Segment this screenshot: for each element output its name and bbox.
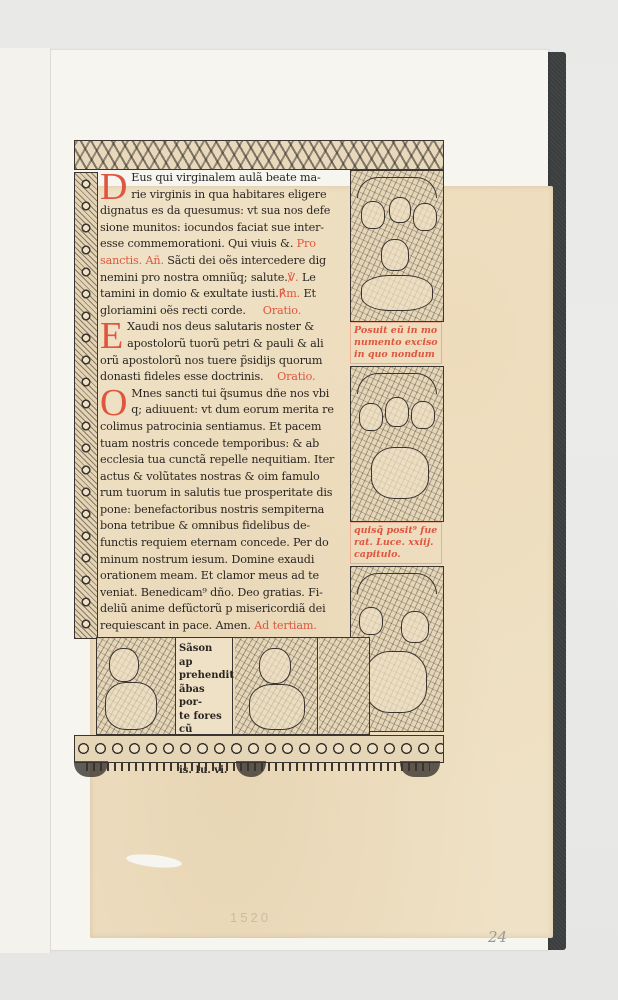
text-line: Eus qui virginalem aulã beate ma-	[131, 170, 350, 187]
woodcut-mourners	[350, 366, 444, 522]
rubric: ℣.	[288, 271, 299, 284]
pencil-date-note: 1520	[230, 910, 271, 925]
text-line: rum tuorum in salutis tue prosperitate d…	[100, 485, 350, 502]
prayer-1: D Eus qui virginalem aulã beate ma- rie …	[100, 170, 350, 319]
rubric: Ad tertiam.	[254, 619, 317, 632]
text-line: apostolorũ tuorũ petri & pauli & ali	[127, 336, 350, 353]
woodcut-sepulchre	[350, 170, 444, 322]
facing-leaf-edge	[0, 48, 51, 953]
text-line: Xaudi nos deus salutaris noster &	[127, 319, 350, 336]
bottom-ornamental-border	[74, 735, 442, 779]
text-line: ecclesia tua cunctã repelle nequitiam. I…	[100, 452, 350, 469]
rubric: ℟m.	[279, 287, 300, 300]
text-line: rie virginis in qua habitares eligere	[131, 187, 350, 204]
right-woodcut-column: Posuit eũ in mo numento exciso in quo no…	[350, 170, 444, 635]
text-line: orũ apostolorũ nos tuere p̃sidijs quorum	[100, 353, 350, 370]
pencil-page-number: 24	[488, 928, 507, 946]
bottom-woodcut-caption: Sãson ap prehendit ãbas por- te fores cũ…	[175, 638, 233, 734]
text-line: sanctis. Añ. Sãcti dei oẽs intercedere d…	[100, 253, 350, 270]
text-line: actus & volũtates nostras & oim famulo	[100, 469, 350, 486]
bottom-woodcut-row: Sãson ap prehendit ãbas por- te fores cũ…	[96, 637, 370, 735]
paper-loss	[126, 852, 183, 870]
left-ornamental-border	[74, 172, 98, 639]
text-line: tamini in domio & exultate iusti.℟m. Et	[100, 286, 350, 303]
text-block: D Eus qui virginalem aulã beate ma- rie …	[100, 170, 350, 635]
woodcut-caption-1: Posuit eũ in mo numento exciso in quo no…	[350, 322, 442, 364]
text-line: nemini pro nostra omniũq; salute.℣. Le	[100, 270, 350, 287]
text-line: veniat. Benedicam⁹ dño. Deo gratias. Fi-	[100, 585, 350, 602]
text-line: colimus patrocinia sentiamus. Et pacem	[100, 419, 350, 436]
text-line: dignatus es da quesumus: vt sua nos defe	[100, 203, 350, 220]
initial-E: E	[100, 320, 123, 352]
text-line: minum nostrum iesum. Domine exaudi	[100, 552, 350, 569]
text-line: bona tetribue & omnibus fidelibus de-	[100, 518, 350, 535]
text-line: Mnes sancti tui q̃sumus dñe nos vbi	[131, 386, 350, 403]
woodcut-ornament-panel	[319, 638, 369, 734]
prayer-3: O Mnes sancti tui q̃sumus dñe nos vbi q;…	[100, 386, 350, 635]
initial-O: O	[100, 387, 127, 419]
woodcut-frame: D Eus qui virginalem aulã beate ma- rie …	[74, 140, 446, 785]
initial-D: D	[100, 171, 127, 203]
woodcut-prophet-left	[97, 638, 176, 734]
rubric: Oratio.	[277, 370, 315, 383]
text-line: tuam nostris concede temporibus: & ab	[100, 436, 350, 453]
text-line: sione munitos: iocundos faciat sue inter…	[100, 220, 350, 237]
woodcut-prophet-right	[235, 638, 318, 734]
prayer-2: E Xaudi nos deus salutaris noster & apos…	[100, 319, 350, 385]
rubric: sanctis. Añ.	[100, 254, 164, 267]
text-line: donasti fideles esse doctrinis. Oratio.	[100, 369, 350, 386]
text-line: requiescant in pace. Amen. Ad tertiam.	[100, 618, 350, 635]
text-line: q; adiuuent: vt dum eorum merita re	[131, 402, 350, 419]
text-line: deliũ anime defũctorũ p misericordiã dei	[100, 601, 350, 618]
text-line: functis requiem eternam concede. Per do	[100, 535, 350, 552]
rubric: Oratio.	[263, 304, 301, 317]
top-ornamental-border	[74, 140, 444, 170]
text-line: orationem meam. Et clamor meus ad te	[100, 568, 350, 585]
text-line: gloriamini oẽs recti corde. Oratio.	[100, 303, 350, 320]
text-line: esse commemorationi. Qui viuis &. Pro	[100, 236, 350, 253]
rubric: Pro	[297, 237, 316, 250]
woodcut-caption-2: quisq̃ posit⁹ fue rat. Luce. xxiij. capi…	[350, 522, 442, 564]
text-line: pone: benefactoribus nostris sempiterna	[100, 502, 350, 519]
